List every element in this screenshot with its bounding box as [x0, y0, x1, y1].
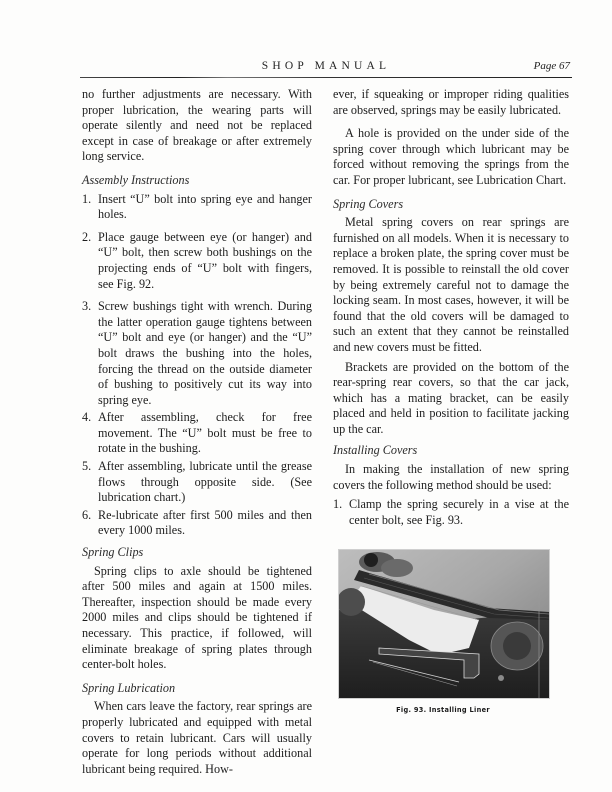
figure-caption: Fig. 93. Installing Liner — [338, 706, 548, 714]
spring-lubrication-heading: Spring Lubrication — [82, 681, 312, 697]
assembly-heading: Assembly Instructions — [82, 173, 312, 189]
spring-clips-paragraph: Spring clips to axle should be tightened… — [82, 564, 312, 673]
installing-step: 1.Clamp the spring securely in a vise at… — [333, 497, 569, 528]
assembly-step: 2.Place gauge between eye (or hanger) an… — [82, 230, 312, 292]
left-column: no further adjustments are necessary. Wi… — [82, 87, 312, 785]
header-rule — [80, 77, 572, 78]
intro-paragraph: no further adjustments are necessary. Wi… — [82, 87, 312, 165]
assembly-step: 5.After assembling, lubricate until the … — [82, 459, 312, 506]
hole-paragraph: A hole is provided on the under side of … — [333, 126, 569, 188]
spring-covers-paragraph: Metal spring covers on rear springs are … — [333, 215, 569, 355]
page-number: Page 67 — [534, 60, 570, 72]
continuation-paragraph: ever, if squeaking or improper riding qu… — [333, 87, 569, 118]
right-column: ever, if squeaking or improper riding qu… — [333, 87, 569, 535]
page-header: SHOP MANUAL Page 67 — [82, 58, 570, 78]
brackets-paragraph: Brackets are provided on the bottom of t… — [333, 360, 569, 438]
liner-installation-photo-icon — [339, 550, 549, 698]
assembly-step: 1.Insert “U” bolt into spring eye and ha… — [82, 192, 312, 223]
spring-clips-heading: Spring Clips — [82, 545, 312, 561]
spring-covers-heading: Spring Covers — [333, 197, 569, 213]
spring-lubrication-paragraph: When cars leave the factory, rear spring… — [82, 699, 312, 777]
assembly-step: 4.After assembling, check for free movem… — [82, 410, 312, 457]
assembly-step: 6.Re-lubricate after first 500 miles and… — [82, 508, 312, 539]
assembly-step: 3.Screw bushings tight with wrench. Duri… — [82, 299, 312, 408]
installing-covers-paragraph: In making the installation of new spring… — [333, 462, 569, 493]
figure-93-photo — [338, 549, 550, 699]
assembly-steps: 1.Insert “U” bolt into spring eye and ha… — [82, 192, 312, 539]
installing-steps: 1.Clamp the spring securely in a vise at… — [333, 497, 569, 528]
manual-page: SHOP MANUAL Page 67 no further adjustmen… — [0, 0, 612, 792]
running-title: SHOP MANUAL — [82, 60, 570, 72]
installing-covers-heading: Installing Covers — [333, 443, 569, 459]
